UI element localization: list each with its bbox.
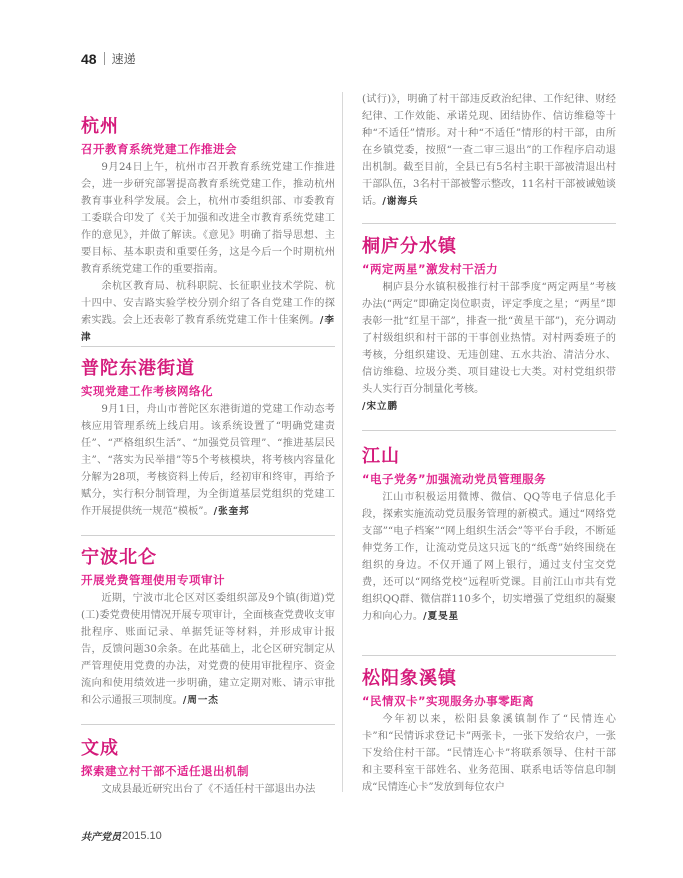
article-wencheng-continued: (试行)》，明确了村干部违反政治纪律、工作纪律、财经纪律、工作效能、承诺兑现、团… (362, 91, 616, 210)
paragraph: 余杭区教育局、杭科职院、长征职业技术学院、杭十四中、安吉路实验学校分别介绍了各自… (81, 278, 335, 346)
article-hangzhou: 杭州 召开教育系统党建工作推进会 9月24日上午，杭州市召开教育系统党建工作推进… (81, 116, 335, 346)
article-region: 杭州 (81, 116, 335, 138)
article-tonglu-fenshui: 桐庐分水镇 “两定两星”激发村干活力 桐庐县分水镇积极推行村干部季度“两定两星”… (362, 236, 616, 415)
paragraph: 江山市积极运用微博、微信、QQ等电子信息化手段，探索实施流动党员服务管理的新模式… (362, 489, 616, 625)
paragraph: (试行)》，明确了村干部违反政治纪律、工作纪律、财经纪律、工作效能、承诺兑现、团… (362, 91, 616, 210)
article-body: 文成县最近研究出台了《不适任村干部退出办法 (81, 781, 335, 798)
paragraph: 近期，宁波市北仑区对区委组织部及9个镇(街道)党(工)委党费使用情况开展专项审计… (81, 590, 335, 709)
article-body: (试行)》，明确了村干部违反政治纪律、工作纪律、财经纪律、工作效能、承诺兑现、团… (362, 91, 616, 210)
article-divider (81, 346, 335, 347)
article-headline: “两定两星”激发村干活力 (362, 261, 616, 277)
paragraph: /宋立鹏 (362, 398, 616, 415)
article-divider (362, 223, 616, 224)
article-divider (81, 535, 335, 536)
byline: /张奎邦 (214, 506, 250, 517)
paragraph: 9月24日上午，杭州市召开教育系统党建工作推进会，进一步研究部署提高教育系统党建… (81, 159, 335, 278)
article-headline: 实现党建工作考核网络化 (81, 383, 335, 399)
byline: /谢海兵 (382, 196, 418, 207)
header-divider (104, 52, 105, 65)
article-headline: 召开教育系统党建工作推进会 (81, 141, 335, 157)
magazine-logo: 共产党员 (81, 828, 121, 843)
article-jiangshan: 江山 “电子党务”加强流动党员管理服务 江山市积极运用微博、微信、QQ等电子信息… (362, 446, 616, 625)
column-divider (342, 92, 343, 792)
paragraph: 9月1日，舟山市普陀区东港街道的党建工作动态考核应用管理系统上线启用。该系统设置… (81, 401, 335, 520)
page-number: 48 (81, 51, 97, 67)
article-divider (362, 655, 616, 656)
page-header: 48 速递 (81, 50, 136, 67)
article-body: 9月1日，舟山市普陀区东港街道的党建工作动态考核应用管理系统上线启用。该系统设置… (81, 401, 335, 520)
article-headline: “民情双卡”实现服务办事零距离 (362, 693, 616, 709)
issue-date: 2015.10 (122, 830, 162, 842)
article-region: 文成 (81, 738, 335, 760)
article-putuo-donggang: 普陀东港街道 实现党建工作考核网络化 9月1日，舟山市普陀区东港街道的党建工作动… (81, 358, 335, 520)
section-title: 速递 (112, 50, 136, 67)
article-headline: “电子党务”加强流动党员管理服务 (362, 471, 616, 487)
article-body: 9月24日上午，杭州市召开教育系统党建工作推进会，进一步研究部署提高教育系统党建… (81, 159, 335, 346)
article-region: 桐庐分水镇 (362, 236, 616, 258)
article-ningbo-beilun: 宁波北仑 开展党费管理使用专项审计 近期，宁波市北仑区对区委组织部及9个镇(街道… (81, 547, 335, 709)
byline: /宋立鹏 (362, 401, 398, 412)
article-region: 宁波北仑 (81, 547, 335, 569)
article-headline: 探索建立村干部不适任退出机制 (81, 763, 335, 779)
article-divider (362, 430, 616, 431)
article-body: 今年初以来，松阳县象溪镇制作了“民情连心卡”和“民情诉求登记卡”两张卡，一张下发… (362, 711, 616, 796)
article-body: 江山市积极运用微博、微信、QQ等电子信息化手段，探索实施流动党员服务管理的新模式… (362, 489, 616, 625)
article-region: 松阳象溪镇 (362, 668, 616, 690)
article-body: 桐庐县分水镇积极推行村干部季度“两定两星”考核办法(“两定”即确定岗位职责，评定… (362, 279, 616, 415)
paragraph: 今年初以来，松阳县象溪镇制作了“民情连心卡”和“民情诉求登记卡”两张卡，一张下发… (362, 711, 616, 796)
article-songyang-xiangxi: 松阳象溪镇 “民情双卡”实现服务办事零距离 今年初以来，松阳县象溪镇制作了“民情… (362, 668, 616, 796)
byline: /夏旻星 (423, 611, 459, 622)
article-region: 江山 (362, 446, 616, 468)
article-wencheng: 文成 探索建立村干部不适任退出机制 文成县最近研究出台了《不适任村干部退出办法 (81, 738, 335, 798)
article-body: 近期，宁波市北仑区对区委组织部及9个镇(街道)党(工)委党费使用情况开展专项审计… (81, 590, 335, 709)
article-region: 普陀东港街道 (81, 358, 335, 380)
article-headline: 开展党费管理使用专项审计 (81, 572, 335, 588)
page-footer: 共产党员 2015.10 (81, 828, 162, 843)
paragraph: 桐庐县分水镇积极推行村干部季度“两定两星”考核办法(“两定”即确定岗位职责，评定… (362, 279, 616, 398)
paragraph: 文成县最近研究出台了《不适任村干部退出办法 (81, 781, 335, 798)
article-divider (81, 724, 335, 725)
byline: /周一杰 (183, 695, 219, 706)
